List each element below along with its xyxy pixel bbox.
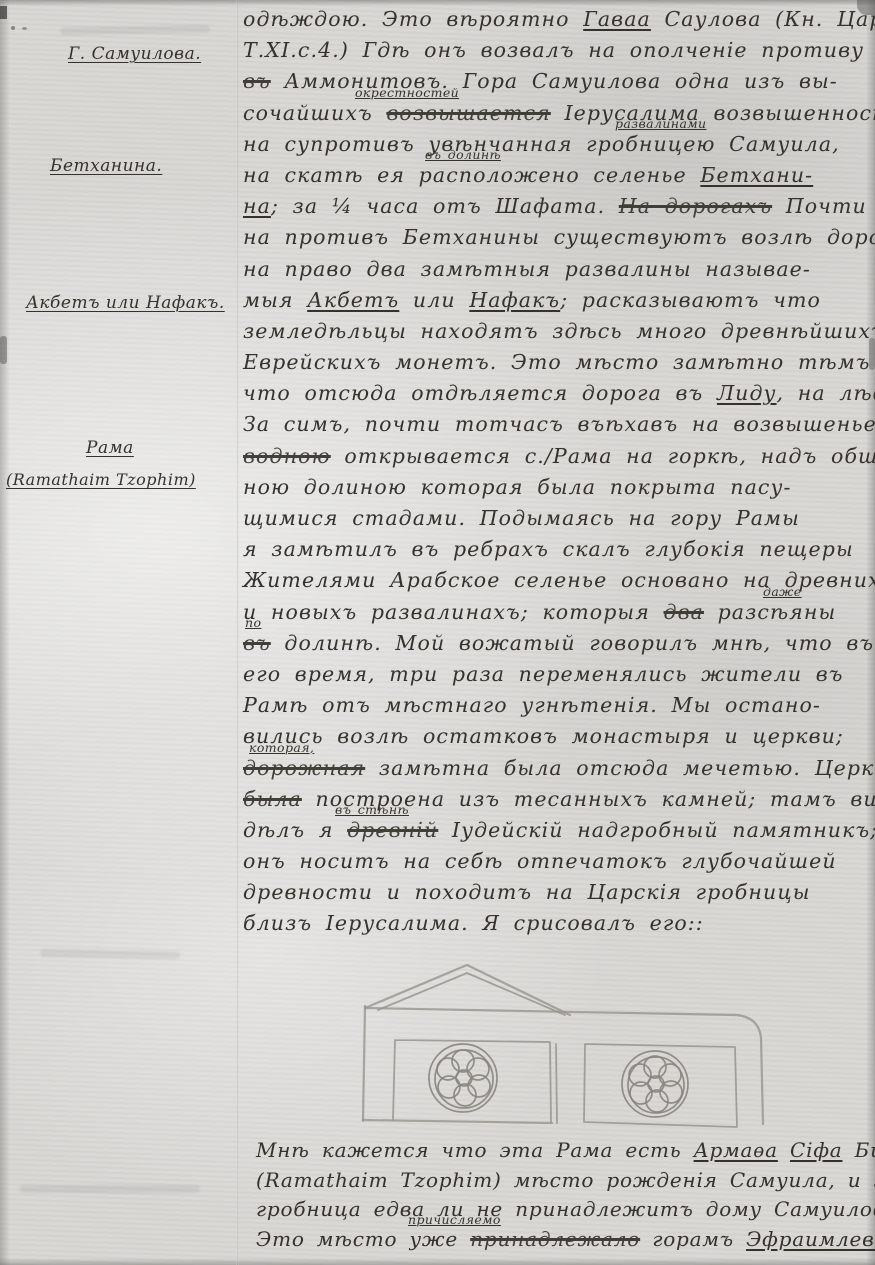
body-text: одѣждою. Это вѣроятно Гаваа Саулова (Кн.… [243, 4, 875, 940]
manuscript-line: въ долинѣ. Мой вожатый говорилъ мнѣ, что… [243, 628, 875, 659]
manuscript-page: Г. Самуилова. Бетханина. Акбетъ или Нафа… [0, 0, 875, 1265]
manuscript-line: на скатѣ ея расположено селенье Бетхани-… [243, 160, 875, 191]
manuscript-line: (Ramathaim Tzophim) мѣсто рожденія Самуи… [256, 1166, 871, 1196]
scan-edge-left [0, 0, 10, 1265]
manuscript-line: Это мѣсто уже принадлежало горамъ Эфраим… [256, 1225, 871, 1255]
manuscript-line: на противъ Бетханины существуютъ возлѣ д… [243, 222, 875, 253]
manuscript-line: на право два замѣтныя развалины называе- [243, 254, 875, 285]
manuscript-line: Еврейскихъ монетъ. Это мѣсто замѣтно тѣм… [243, 347, 875, 378]
manuscript-line: гробница едва ли не принадлежитъ дому Са… [256, 1195, 871, 1225]
interline-insert: причисляемо [408, 1214, 501, 1226]
interline-insert: развалинами [615, 118, 707, 130]
rosette-left [429, 1044, 497, 1112]
margin-note-bethanina: Бетханина. [50, 156, 162, 176]
interline-insert: въ стѣнѣ [335, 804, 409, 816]
fold-line [236, 0, 239, 1265]
manuscript-line: на супротивъ увѣнчанная гробницею Самуил… [243, 129, 875, 160]
interline-insert: по [245, 617, 261, 629]
facade-bottom-left [363, 1120, 552, 1123]
manuscript-line: древности и походитъ на Царскія гробницы [243, 877, 875, 908]
facade-top-edge [365, 1008, 763, 1124]
manuscript-line: его время, три раза переменялись жители … [243, 659, 875, 690]
manuscript-line: водною открывается с./Рама на горкѣ, над… [243, 441, 875, 472]
manuscript-line: ною долиною которая была покрыта пасу- [243, 472, 875, 503]
manuscript-line: мыя Акбетъ или Нафакъ; расказываютъ что [243, 285, 875, 316]
manuscript-line: земледѣльцы находятъ здѣсь много древнѣй… [243, 316, 875, 347]
manuscript-line: Рамѣ отъ мѣстнаго угнѣтенія. Мы остано- [243, 690, 875, 721]
manuscript-line: За симъ, почти тотчасъ въѣхавъ на возвыш… [243, 409, 875, 440]
manuscript-line: что отсюда отдѣляется дорога въ Лиду, на… [243, 378, 875, 409]
bleedthrough-line [60, 25, 210, 36]
scan-edge-bottom [0, 1258, 875, 1265]
interline-insert: въ долинѣ [425, 149, 501, 161]
manuscript-line: вились возлѣ остатковъ монастыря и церкв… [243, 721, 875, 752]
margin-note-akbet-nafak: Акбетъ или Нафакъ. [26, 293, 225, 313]
manuscript-line: на; за ¼ часа отъ Шафата. На дорогахъ По… [243, 191, 875, 222]
manuscript-line: близъ Іерусалима. Я срисовалъ его:: [243, 908, 875, 939]
scan-speck [11, 26, 15, 30]
manuscript-line: онъ носитъ на себѣ отпечатокъ глубочайше… [243, 846, 875, 877]
margin-note-rama: Рама [86, 438, 134, 458]
tomb-sketch-figure [318, 956, 778, 1142]
margin-note-samuilova: Г. Самуилова. [68, 44, 201, 64]
bleedthrough-line [20, 1185, 200, 1193]
manuscript-line: я замѣтилъ въ ребрахъ скалъ глубокія пещ… [243, 534, 875, 565]
facade-left-edge [363, 1006, 365, 1121]
closing-text: Мнѣ кажется что эта Рама есть Армаѳа Сіф… [256, 1136, 871, 1254]
manuscript-line: въ Аммонитовъ. Гора Самуилова одна изъ в… [243, 66, 875, 97]
manuscript-line: щимися стадами. Подымаясь на гору Рамы [243, 503, 875, 534]
manuscript-line: дорожная замѣтна была отсюда мечетью. Це… [243, 753, 875, 784]
interline-insert: окрестностей [355, 87, 459, 99]
manuscript-line: одѣждою. Это вѣроятно Гаваа Саулова (Кн.… [243, 4, 875, 35]
interline-insert: даже [763, 586, 802, 598]
right-panel [584, 1044, 737, 1127]
bleedthrough-line [40, 949, 180, 959]
manuscript-line: Т.XI.с.4.) Гдѣ онъ возвалъ на ополченіе … [243, 35, 875, 66]
scan-smudge [0, 6, 7, 19]
rosette-right [622, 1051, 688, 1117]
manuscript-line: сочайшихъ возвышается Іерусалима возвыше… [243, 98, 875, 129]
margin-note-ramathaim-tzophim: (Ramathaim Tzophim) [6, 470, 196, 489]
manuscript-line: дѣлъ я древній Іудейскій надгробный памя… [243, 815, 875, 846]
scan-smudge [0, 336, 7, 364]
scan-speck [22, 27, 27, 30]
manuscript-line: Мнѣ кажется что эта Рама есть Армаѳа Сіф… [256, 1136, 871, 1166]
interline-insert: которая, [249, 742, 314, 754]
manuscript-line: и новыхъ развалинахъ; которыя два разсѣя… [243, 597, 875, 628]
